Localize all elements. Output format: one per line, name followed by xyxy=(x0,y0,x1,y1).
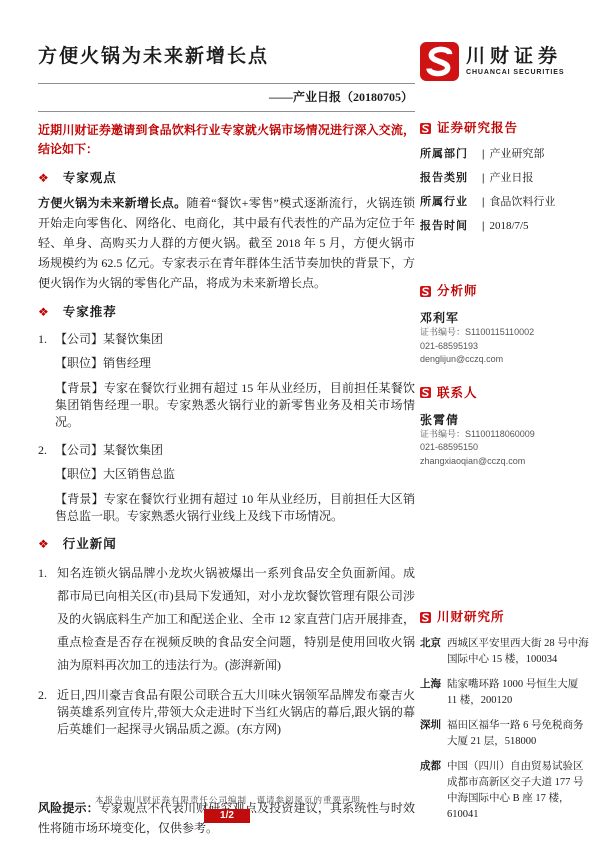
pipe-separator: | xyxy=(482,172,484,184)
meta-row: 所属部门 |产业研究部 xyxy=(420,148,590,160)
expert-company: 【公司】某餐饮集团 xyxy=(55,332,415,347)
item-number: 2. xyxy=(38,687,57,738)
diamond-marker-icon: ❖ xyxy=(38,170,49,186)
expert-position: 【职位】销售经理 xyxy=(55,356,415,371)
meta-row: 报告时间 |2018/7/5 xyxy=(420,220,590,232)
sidebar: 川财证券 CHUANCAI SECURITIES 证券研究报告 所属部门 |产业… xyxy=(420,42,590,832)
office-row: 北京 西城区平安里西大街 28 号中海国际中心 15 楼，100034 xyxy=(420,636,590,668)
expert-view-paragraph: 方便火锅为未来新增长点。随着“餐饮+零售”模式逐渐流行，火锅连锁开始走向零售化、… xyxy=(38,193,415,293)
section-title: 专家观点 xyxy=(63,170,117,186)
item-number: 1. xyxy=(38,562,57,677)
office-city: 北京 xyxy=(420,636,447,668)
contact-name: 张霄倩 xyxy=(420,413,590,427)
analyst-name: 邓利军 xyxy=(420,311,590,325)
meta-value-text: 食品饮料行业 xyxy=(489,196,555,208)
analyst-email: denglijun@cczq.com xyxy=(420,353,590,366)
cert-label: 证书编号： xyxy=(420,327,465,337)
cert-number: S1100118060009 xyxy=(465,429,535,439)
item-body: 【公司】某餐饮集团 【职位】销售经理 【背景】专家在餐饮行业拥有超过 15 年从… xyxy=(55,332,415,431)
news-text: 知名连锁火锅品牌小龙坎火锅被爆出一系列食品安全负面新闻。成都市局已向相关区(市)… xyxy=(57,562,415,677)
section-title: 专家推荐 xyxy=(63,304,117,320)
meta-row: 报告类别 |产业日报 xyxy=(420,172,590,184)
meta-value: |产业日报 xyxy=(482,172,533,184)
sidebar-heading-text: 证券研究报告 xyxy=(437,121,518,135)
sidebar-heading-analyst: 分析师 xyxy=(420,284,590,298)
expert-position: 【职位】大区销售总监 xyxy=(55,467,415,482)
expert-company: 【公司】某餐饮集团 xyxy=(55,443,415,458)
meta-row: 所属行业 |食品饮料行业 xyxy=(420,196,590,208)
cert-label: 证书编号： xyxy=(420,429,465,439)
sidebar-heading-contact: 联系人 xyxy=(420,386,590,400)
page-number-badge: 1/2 xyxy=(204,809,250,823)
meta-value: |产业研究部 xyxy=(482,148,544,160)
office-row: 上海 陆家嘴环路 1000 号恒生大厦 11 楼，200120 xyxy=(420,677,590,709)
contact-phone: 021-68595150 xyxy=(420,441,590,454)
paragraph-lead: 方便火锅为未来新增长点。 xyxy=(38,196,186,210)
office-address: 中国（四川）自由贸易试验区成都市高新区交子大道 177 号中海国际中心 B 座 … xyxy=(447,759,590,823)
brand-name: 川财证券 CHUANCAI SECURITIES xyxy=(466,46,564,78)
pipe-separator: | xyxy=(482,220,484,232)
meta-value-text: 产业日报 xyxy=(489,172,533,184)
office-address: 福田区福华一路 6 号免税商务大厦 21 层，518000 xyxy=(447,718,590,750)
section-title: 行业新闻 xyxy=(63,536,117,552)
pipe-separator: | xyxy=(482,196,484,208)
meta-label: 所属部门 xyxy=(420,148,482,160)
analyst-cert: 证书编号：S1100115110002 xyxy=(420,326,590,339)
divider xyxy=(38,111,415,112)
brand-name-en: CHUANCAI SECURITIES xyxy=(466,68,564,78)
office-address: 西城区平安里西大街 28 号中海国际中心 15 楼，100034 xyxy=(447,636,590,668)
brand-mark-icon xyxy=(420,612,431,623)
expert-recommend-item: 1. 【公司】某餐饮集团 【职位】销售经理 【背景】专家在餐饮行业拥有超过 15… xyxy=(38,332,415,431)
main-column: 方便火锅为未来新增长点 ——产业日报（20180705） 近期川财证券邀请到食品… xyxy=(38,44,415,838)
report-subtitle: ——产业日报（20180705） xyxy=(38,84,415,111)
intro-note: 近期川财证券邀请到食品饮料行业专家就火锅市场情况进行深入交流，结论如下： xyxy=(38,121,415,159)
sidebar-heading-text: 分析师 xyxy=(437,284,478,298)
office-row: 成都 中国（四川）自由贸易试验区成都市高新区交子大道 177 号中海国际中心 B… xyxy=(420,759,590,823)
meta-label: 所属行业 xyxy=(420,196,482,208)
meta-value: |食品饮料行业 xyxy=(482,196,555,208)
pipe-separator: | xyxy=(482,148,484,160)
diamond-marker-icon: ❖ xyxy=(38,536,49,552)
meta-value-text: 2018/7/5 xyxy=(489,220,528,232)
office-list: 北京 西城区平安里西大街 28 号中海国际中心 15 楼，100034 上海 陆… xyxy=(420,636,590,823)
news-item: 1. 知名连锁火锅品牌小龙坎火锅被爆出一系列食品安全负面新闻。成都市局已向相关区… xyxy=(38,562,415,677)
brand-mark-icon xyxy=(420,387,431,398)
report-meta: 所属部门 |产业研究部 报告类别 |产业日报 所属行业 |食品饮料行业 报告时间… xyxy=(420,148,590,232)
meta-label: 报告时间 xyxy=(420,220,482,232)
expert-recommend-item: 2. 【公司】某餐饮集团 【职位】大区销售总监 【背景】专家在餐饮行业拥有超过 … xyxy=(38,443,415,525)
office-city: 深圳 xyxy=(420,718,447,750)
item-number: 2. xyxy=(38,443,55,525)
brand-mark-icon xyxy=(420,42,459,81)
brand-name-cn: 川财证券 xyxy=(466,46,564,68)
news-item: 2. 近日,四川豪吉食品有限公司联合五大川味火锅领军品牌发布豪吉火锅英雄系列宣传… xyxy=(38,687,415,738)
paragraph-body: 随着“餐饮+零售”模式逐渐流行，火锅连锁开始走向零售化、网络化、电商化，其中最有… xyxy=(38,196,415,290)
office-address: 陆家嘴环路 1000 号恒生大厦 11 楼，200120 xyxy=(447,677,590,709)
section-heading-industry-news: ❖ 行业新闻 xyxy=(38,536,415,552)
news-text: 近日,四川豪吉食品有限公司联合五大川味火锅领军品牌发布豪吉火锅英雄系列宣传片,带… xyxy=(57,687,415,738)
meta-value-text: 产业研究部 xyxy=(489,148,544,160)
page-title: 方便火锅为未来新增长点 xyxy=(38,44,415,70)
section-heading-expert-view: ❖ 专家观点 xyxy=(38,170,415,186)
item-body: 【公司】某餐饮集团 【职位】大区销售总监 【背景】专家在餐饮行业拥有超过 10 … xyxy=(55,443,415,525)
section-heading-expert-recommend: ❖ 专家推荐 xyxy=(38,304,415,320)
footer-disclaimer: 本报告由川财证券有限责任公司编制 谨请参阅尾页的重要声明 xyxy=(38,794,418,806)
office-city: 成都 xyxy=(420,759,447,823)
expert-background: 【背景】专家在餐饮行业拥有超过 15 年从业经历，目前担任某餐饮集团销售经理一职… xyxy=(55,380,415,431)
sidebar-heading-text: 川财研究所 xyxy=(437,610,505,624)
expert-background: 【背景】专家在餐饮行业拥有超过 10 年从业经历，目前担任大区销售总监一职。专家… xyxy=(55,491,415,525)
report-page: 方便火锅为未来新增长点 ——产业日报（20180705） 近期川财证券邀请到食品… xyxy=(0,0,595,842)
office-city: 上海 xyxy=(420,677,447,709)
brand-mark-icon xyxy=(420,123,431,134)
sidebar-heading-report: 证券研究报告 xyxy=(420,121,590,135)
meta-label: 报告类别 xyxy=(420,172,482,184)
cert-number: S1100115110002 xyxy=(465,327,534,337)
meta-value: |2018/7/5 xyxy=(482,220,529,232)
contact-cert: 证书编号：S1100118060009 xyxy=(420,428,590,441)
diamond-marker-icon: ❖ xyxy=(38,304,49,320)
brand-logo: 川财证券 CHUANCAI SECURITIES xyxy=(420,42,590,81)
item-number: 1. xyxy=(38,332,55,431)
sidebar-heading-text: 联系人 xyxy=(437,386,478,400)
office-row: 深圳 福田区福华一路 6 号免税商务大厦 21 层，518000 xyxy=(420,718,590,750)
brand-mark-icon xyxy=(420,286,431,297)
contact-email: zhangxiaoqian@cczq.com xyxy=(420,455,590,468)
sidebar-heading-institute: 川财研究所 xyxy=(420,610,590,624)
analyst-phone: 021-68595193 xyxy=(420,340,590,353)
